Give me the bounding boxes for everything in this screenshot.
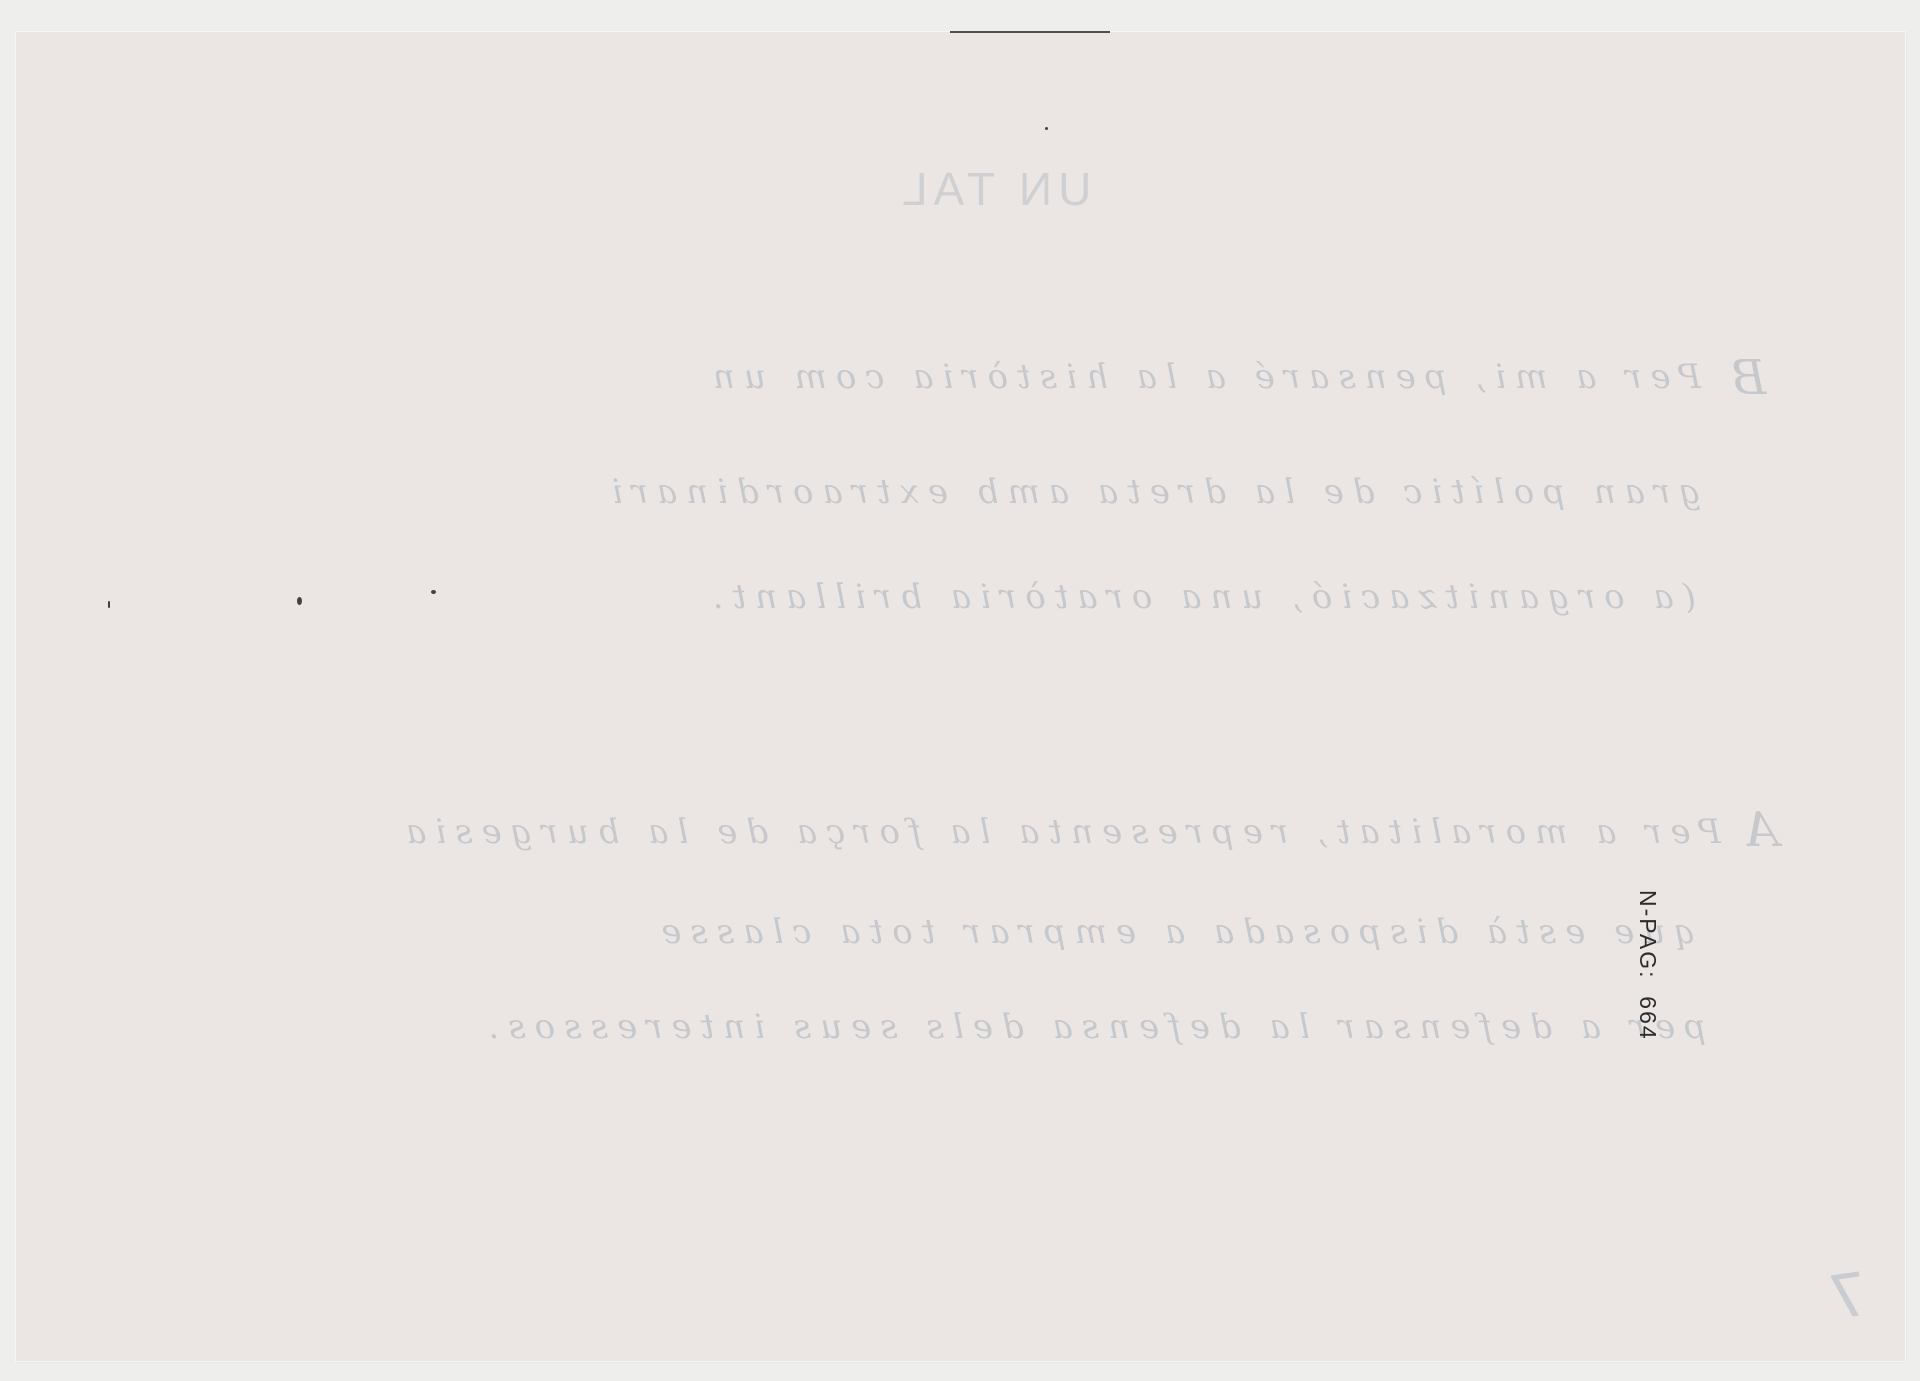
corner-pencil-mark: 7: [1824, 1260, 1872, 1335]
bleed-line-a3: per a defensar la defensa dels seus inte…: [426, 1007, 1706, 1047]
top-edge-mark: [950, 31, 1110, 33]
ink-speck: [108, 601, 110, 608]
bleed-line-b3: (a organització, una oratòria brillant.: [456, 577, 1696, 617]
bleed-heading: UN TAL: [896, 162, 1091, 216]
ink-speck: [297, 597, 302, 605]
section-label-a: A: [1744, 802, 1779, 858]
section-label-b: B: [1731, 350, 1766, 406]
bleed-line-a1: Per a moralitat, representa la força de …: [211, 812, 1721, 852]
ink-speck: [431, 590, 436, 594]
ink-speck: [1045, 127, 1048, 130]
bleed-line-b2: gran polític de la dreta amb extraordina…: [371, 472, 1701, 512]
bleed-line-a2: que està disposada a emprar tota classe: [366, 912, 1696, 952]
document-page: UN TAL B Per a mi, pensaré a la història…: [16, 32, 1905, 1361]
page-number-stamp: N-PAG: 664: [1634, 890, 1661, 1041]
bleed-line-b1: Per a mi, pensaré a la història com un: [411, 357, 1701, 397]
